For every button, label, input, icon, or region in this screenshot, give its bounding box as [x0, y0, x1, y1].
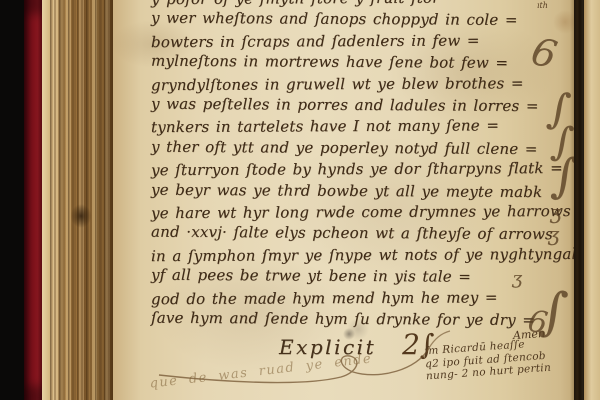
corner-annotation: ıth — [537, 1, 548, 10]
page-block-fore-edge — [50, 0, 114, 400]
manuscript-page: y poſor of ye ſmyth ſtore y fruit ſtory … — [113, 0, 574, 400]
manuscript-line: ye ſturryon ſtode by hynds ye dor ſtharp… — [151, 158, 574, 182]
manuscript-line: mylneſtons in mortrews have ſene bot few… — [151, 51, 574, 75]
manuscript-line: gryndylſtones in gruwell wt ye blew brot… — [151, 72, 574, 96]
manuscript-line: y wer wheſtons and ſanops choppyd in col… — [151, 8, 574, 32]
colophon-notes: ſm Ricardū heaſſeq2 ipo fuit ad ſtencobn… — [424, 337, 552, 383]
manuscript-line: ye beyr was ye thrd bowbe yt all ye meyt… — [151, 179, 574, 203]
manuscript-line: y was peſtelles in porres and ladules in… — [151, 94, 574, 118]
manuscript-line: y ther oft ytt and ye poperley notyd ful… — [151, 137, 574, 161]
manuscript-line: bowters in ſcraps and ſadenlers in few = — [151, 30, 574, 54]
manuscript-photo: y poſor of ye ſmyth ſtore y fruit ſtory … — [0, 0, 600, 400]
book-cover-red-binding — [24, 0, 44, 400]
manuscript-line: god do the made hym mend hym he mey = — [151, 287, 574, 311]
margin-flourish-mark: ʒ — [512, 270, 522, 288]
manuscript-line: and ·xxvj· ſalte elys pcheon wt a ſtheyſ… — [151, 222, 574, 246]
manuscript-line: in a ſymphon ſmyr ye ſnype wt nots of ye… — [151, 244, 574, 268]
adjacent-page-edge — [584, 0, 600, 400]
margin-flourish-mark: ʒ — [550, 202, 561, 222]
faded-inscription: que de was ruad ye ende — [149, 351, 373, 391]
manuscript-line: tynkers in tartelets have I not many ſen… — [151, 115, 574, 139]
manuscript-text-block: y poſor of ye ſmyth ſtore y fruit ſtory … — [151, 0, 574, 331]
margin-flourish-mark: ʒ — [548, 224, 559, 244]
manuscript-line: ye hare wt hyr long rwde come drymnes ye… — [151, 201, 574, 225]
manuscript-line: yf all pees be trwe yt bene in yis tale … — [151, 265, 574, 289]
